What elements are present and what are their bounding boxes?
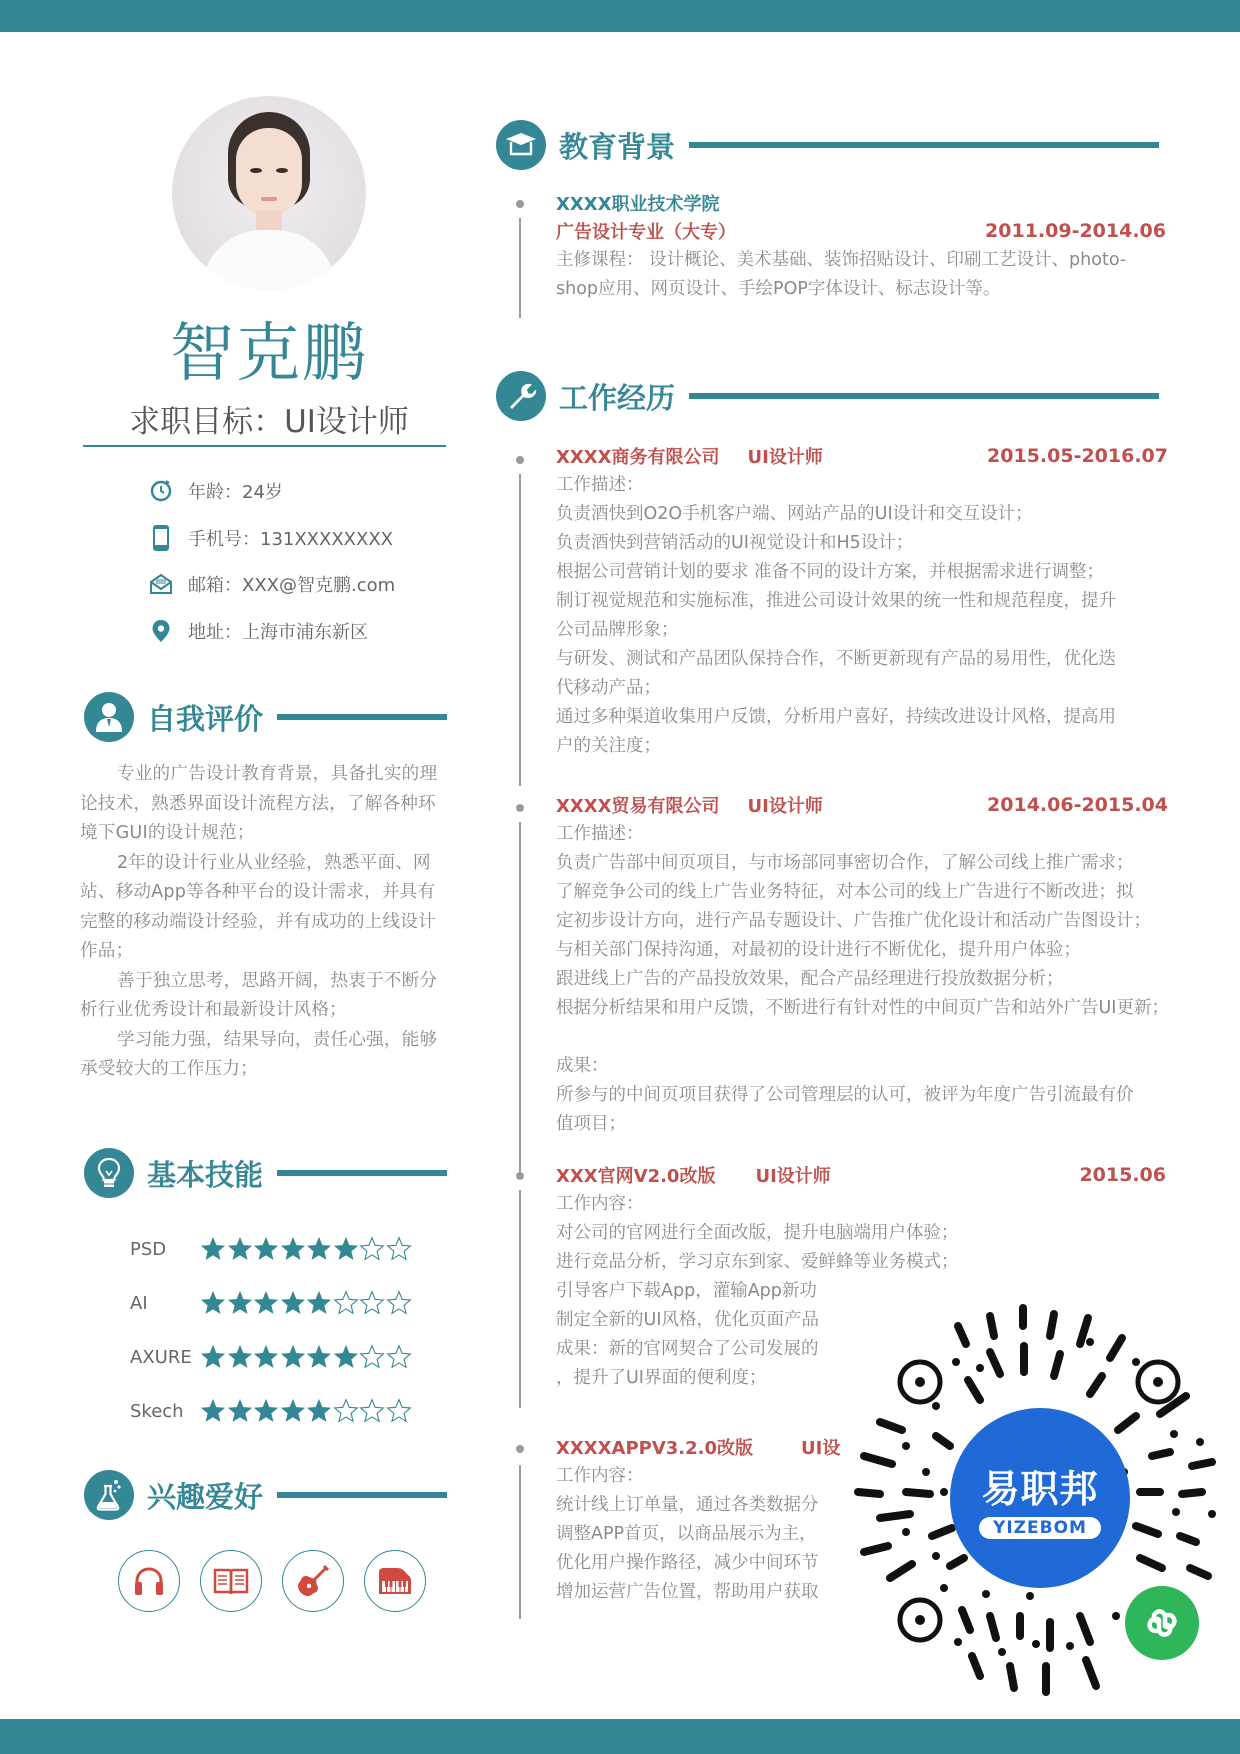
skill-rating: [200, 1290, 412, 1316]
hobby-reading: [200, 1550, 262, 1612]
job-line: 与相关部门保持沟通，对最初的设计进行不断优化，提升用户体验；: [556, 936, 1168, 965]
info-phone: 手机号：131XXXXXXXX: [148, 515, 395, 562]
guitar-icon: [296, 1564, 330, 1598]
job-line: 负责酒快到营销活动的UI视觉设计和H5设计；: [556, 529, 1168, 558]
job-line: 跟进线上广告的产品投放效果，配合产品经理进行投放数据分析；: [556, 965, 1168, 994]
courses: 主修课程： 设计概论、美术基础、装饰招贴设计、印刷工艺设计、photo- sho…: [556, 246, 1166, 304]
job-line: 成果：: [556, 1052, 1168, 1081]
skill-name: AI: [130, 1293, 200, 1314]
job-line: 根据分析结果和用户反馈，不断进行有针对性的中间页广告和站外广告UI更新；: [556, 994, 1168, 1023]
star-filled-icon: [253, 1398, 279, 1424]
star-filled-icon: [333, 1236, 359, 1262]
star-empty-icon: [359, 1236, 385, 1262]
timeline-line: [519, 1465, 521, 1619]
star-filled-icon: [227, 1398, 253, 1424]
star-filled-icon: [280, 1290, 306, 1316]
star-filled-icon: [253, 1290, 279, 1316]
skills-list: PSDAIAXURESkech: [130, 1222, 412, 1438]
star-filled-icon: [306, 1398, 332, 1424]
graduation-cap-icon: [496, 120, 546, 170]
job-line: 定初步设计方向，进行产品专题设计、广告推广优化设计和活动广告图设计；: [556, 907, 1168, 936]
star-empty-icon: [333, 1290, 359, 1316]
star-filled-icon: [227, 1236, 253, 1262]
contact-info: 年龄：24岁 手机号：131XXXXXXXX 邮箱：XXX@智克鹏.com 地址…: [148, 468, 395, 654]
job-line: 所参与的中间页项目获得了公司管理层的认可，被评为年度广告引流最有价: [556, 1081, 1168, 1110]
star-filled-icon: [200, 1236, 226, 1262]
person-icon: [84, 692, 134, 742]
skill-rating: [200, 1398, 412, 1424]
wrench-icon: [496, 371, 546, 421]
info-email: 邮箱：XXX@智克鹏.com: [148, 561, 395, 608]
job-line: 进行竞品分析，学习京东到家、爱鲜蜂等业务模式；: [556, 1248, 1166, 1277]
star-filled-icon: [253, 1236, 279, 1262]
qr-logo: 易职邦 YIZEBOM: [950, 1408, 1130, 1588]
timeline-dot: [516, 804, 524, 812]
timeline-line: [519, 218, 521, 318]
star-filled-icon: [280, 1236, 306, 1262]
skill-row: Skech: [130, 1384, 412, 1438]
major: 广告设计专业（大专）: [556, 218, 736, 244]
job-line: 公司品牌形象；: [556, 616, 1168, 645]
job-line: 工作描述：: [556, 471, 1168, 500]
clock-icon: [148, 478, 174, 504]
section-header-hobbies: 兴趣爱好: [84, 1470, 447, 1520]
job-line: 根据公司营销计划的要求 准备不同的设计方案，并根据需求进行调整；: [556, 558, 1168, 587]
star-filled-icon: [280, 1344, 306, 1370]
skill-name: PSD: [130, 1239, 200, 1260]
skill-rating: [200, 1344, 412, 1370]
mail-icon: [148, 571, 174, 597]
job-line: 与研发、测试和产品团队保持合作，不断更新现有产品的易用性，优化迭: [556, 645, 1168, 674]
hobby-music: [118, 1550, 180, 1612]
section-header-education: 教育背景: [496, 120, 1159, 170]
star-filled-icon: [253, 1344, 279, 1370]
timeline-dot: [516, 200, 524, 208]
job-line: 工作内容：: [556, 1190, 1166, 1219]
work-entry: XXXX商务有限公司 UI设计师 2015.05-2016.07 工作描述：负责…: [556, 441, 1168, 761]
hobby-piano: [364, 1550, 426, 1612]
star-filled-icon: [306, 1344, 332, 1370]
lightbulb-icon: [84, 1148, 134, 1198]
job-target: 求职目标：UI设计师: [0, 396, 538, 441]
job-line: 代移动产品；: [556, 674, 1168, 703]
skill-row: AI: [130, 1276, 412, 1330]
star-filled-icon: [227, 1290, 253, 1316]
timeline-line: [519, 1190, 521, 1408]
job-line: [556, 1023, 1168, 1052]
star-empty-icon: [386, 1236, 412, 1262]
divider: [83, 445, 446, 447]
skill-row: PSD: [130, 1222, 412, 1276]
timeline-dot: [516, 456, 524, 464]
job-line: 负责广告部中间页项目，与市场部同事密切合作，了解公司线上推广需求；: [556, 849, 1168, 878]
self-eval-text: 专业的广告设计教育背景，具备扎实的理论技术，熟悉界面设计流程方法，了解各种环境下…: [80, 760, 450, 1085]
candidate-name: 智克鹏: [0, 302, 538, 394]
star-filled-icon: [306, 1290, 332, 1316]
section-header-skills: 基本技能: [84, 1148, 447, 1198]
info-age: 年龄：24岁: [148, 468, 395, 515]
book-icon: [213, 1566, 249, 1596]
star-filled-icon: [333, 1344, 359, 1370]
star-filled-icon: [200, 1290, 226, 1316]
bottom-accent-bar: [0, 1719, 1240, 1754]
job-line: 工作描述：: [556, 820, 1168, 849]
section-header-work: 工作经历: [496, 371, 1159, 421]
timeline-line: [519, 822, 521, 1172]
location-icon: [148, 618, 174, 644]
star-filled-icon: [200, 1398, 226, 1424]
info-address: 地址：上海市浦东新区: [148, 608, 395, 655]
star-empty-icon: [386, 1344, 412, 1370]
star-empty-icon: [359, 1398, 385, 1424]
skill-name: Skech: [130, 1401, 200, 1422]
school-name: XXXX职业技术学院: [556, 190, 1166, 216]
star-filled-icon: [306, 1236, 332, 1262]
hobby-guitar: [282, 1550, 344, 1612]
star-empty-icon: [386, 1290, 412, 1316]
star-filled-icon: [200, 1344, 226, 1370]
hobbies-list: [118, 1550, 446, 1612]
skill-rating: [200, 1236, 412, 1262]
timeline-line: [519, 474, 521, 786]
job-line: 户的关注度；: [556, 732, 1168, 761]
job-line: 了解竞争公司的线上广告业务特征，对本公司的线上广告进行不断改进；拟: [556, 878, 1168, 907]
top-accent-bar: [0, 0, 1240, 32]
timeline-dot: [516, 1445, 524, 1453]
education-date: 2011.09-2014.06: [985, 220, 1166, 242]
work-entry: XXXX贸易有限公司 UI设计师 2014.06-2015.04 工作描述：负责…: [556, 790, 1168, 1139]
job-line: 值项目；: [556, 1110, 1168, 1139]
piano-icon: [377, 1566, 413, 1596]
avatar: [172, 96, 366, 290]
job-line: 对公司的官网进行全面改版，提升电脑端用户体验；: [556, 1219, 1166, 1248]
flask-icon: [84, 1470, 134, 1520]
timeline-dot: [516, 1172, 524, 1180]
headphones-icon: [132, 1565, 166, 1597]
job-line: 通过多种渠道收集用户反馈，分析用户喜好，持续改进设计风格，提高用: [556, 703, 1168, 732]
star-empty-icon: [333, 1398, 359, 1424]
mini-program-icon: [1125, 1586, 1199, 1660]
section-header-self-eval: 自我评价: [84, 692, 447, 742]
star-empty-icon: [359, 1344, 385, 1370]
skill-row: AXURE: [130, 1330, 412, 1384]
star-empty-icon: [359, 1290, 385, 1316]
mini-program-qr-code[interactable]: 易职邦 YIZEBOM: [840, 1296, 1230, 1706]
star-filled-icon: [227, 1344, 253, 1370]
star-filled-icon: [280, 1398, 306, 1424]
job-line: 制订视觉规范和实施标准，推进公司设计效果的统一性和规范程度，提升: [556, 587, 1168, 616]
job-line: 负责酒快到O2O手机客户端、网站产品的UI设计和交互设计；: [556, 500, 1168, 529]
phone-icon: [148, 525, 174, 551]
star-empty-icon: [386, 1398, 412, 1424]
education-entry: XXXX职业技术学院 广告设计专业（大专） 2011.09-2014.06 主修…: [556, 190, 1166, 304]
skill-name: AXURE: [130, 1347, 200, 1368]
